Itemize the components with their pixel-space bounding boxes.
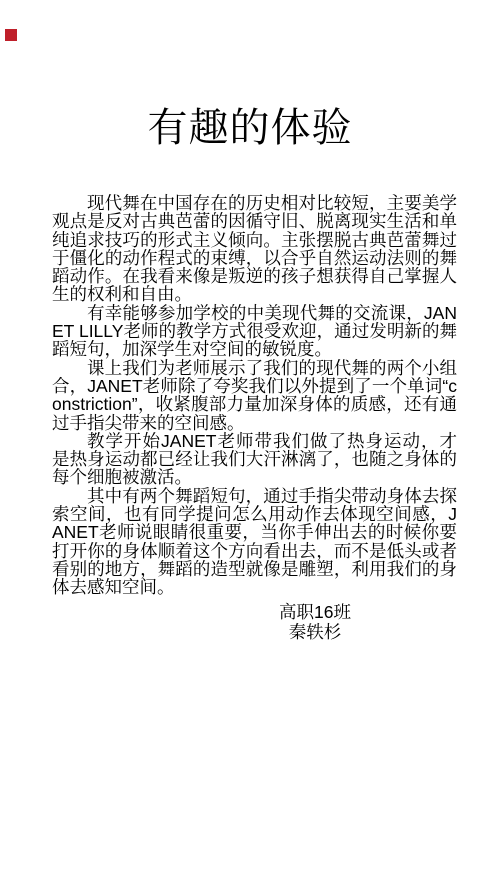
essay-paragraph: 有幸能够参加学校的中美现代舞的交流课，JANET LILLY老师的教学方式很受欢… (52, 304, 457, 359)
essay-paragraph: 其中有两个舞蹈短句，通过手指尖带动身体去探索空间，也有同学提问怎么用动作去体现空… (52, 487, 457, 597)
signature-class: 高职16班 (240, 602, 390, 622)
essay-paragraph: 教学开始JANET老师带我们做了热身运动，才是热身运动都已经让我们大汗淋漓了，也… (52, 432, 457, 487)
essay-title: 有趣的体验 (0, 103, 500, 153)
essay-paragraph: 课上我们为老师展示了我们的现代舞的两个小组合，JANET老师除了夸奖我们以外提到… (52, 359, 457, 432)
red-square-marker (5, 29, 17, 41)
signature-block: 高职16班 秦轶杉 (240, 602, 390, 642)
document-page: 有趣的体验 现代舞在中国存在的历史相对比较短，主要美学观点是反对古典芭蕾的因循守… (0, 0, 500, 888)
signature-name: 秦轶杉 (240, 622, 390, 642)
essay-body: 现代舞在中国存在的历史相对比较短，主要美学观点是反对古典芭蕾的因循守旧、脱离现实… (52, 194, 457, 597)
essay-paragraph: 现代舞在中国存在的历史相对比较短，主要美学观点是反对古典芭蕾的因循守旧、脱离现实… (52, 194, 457, 304)
